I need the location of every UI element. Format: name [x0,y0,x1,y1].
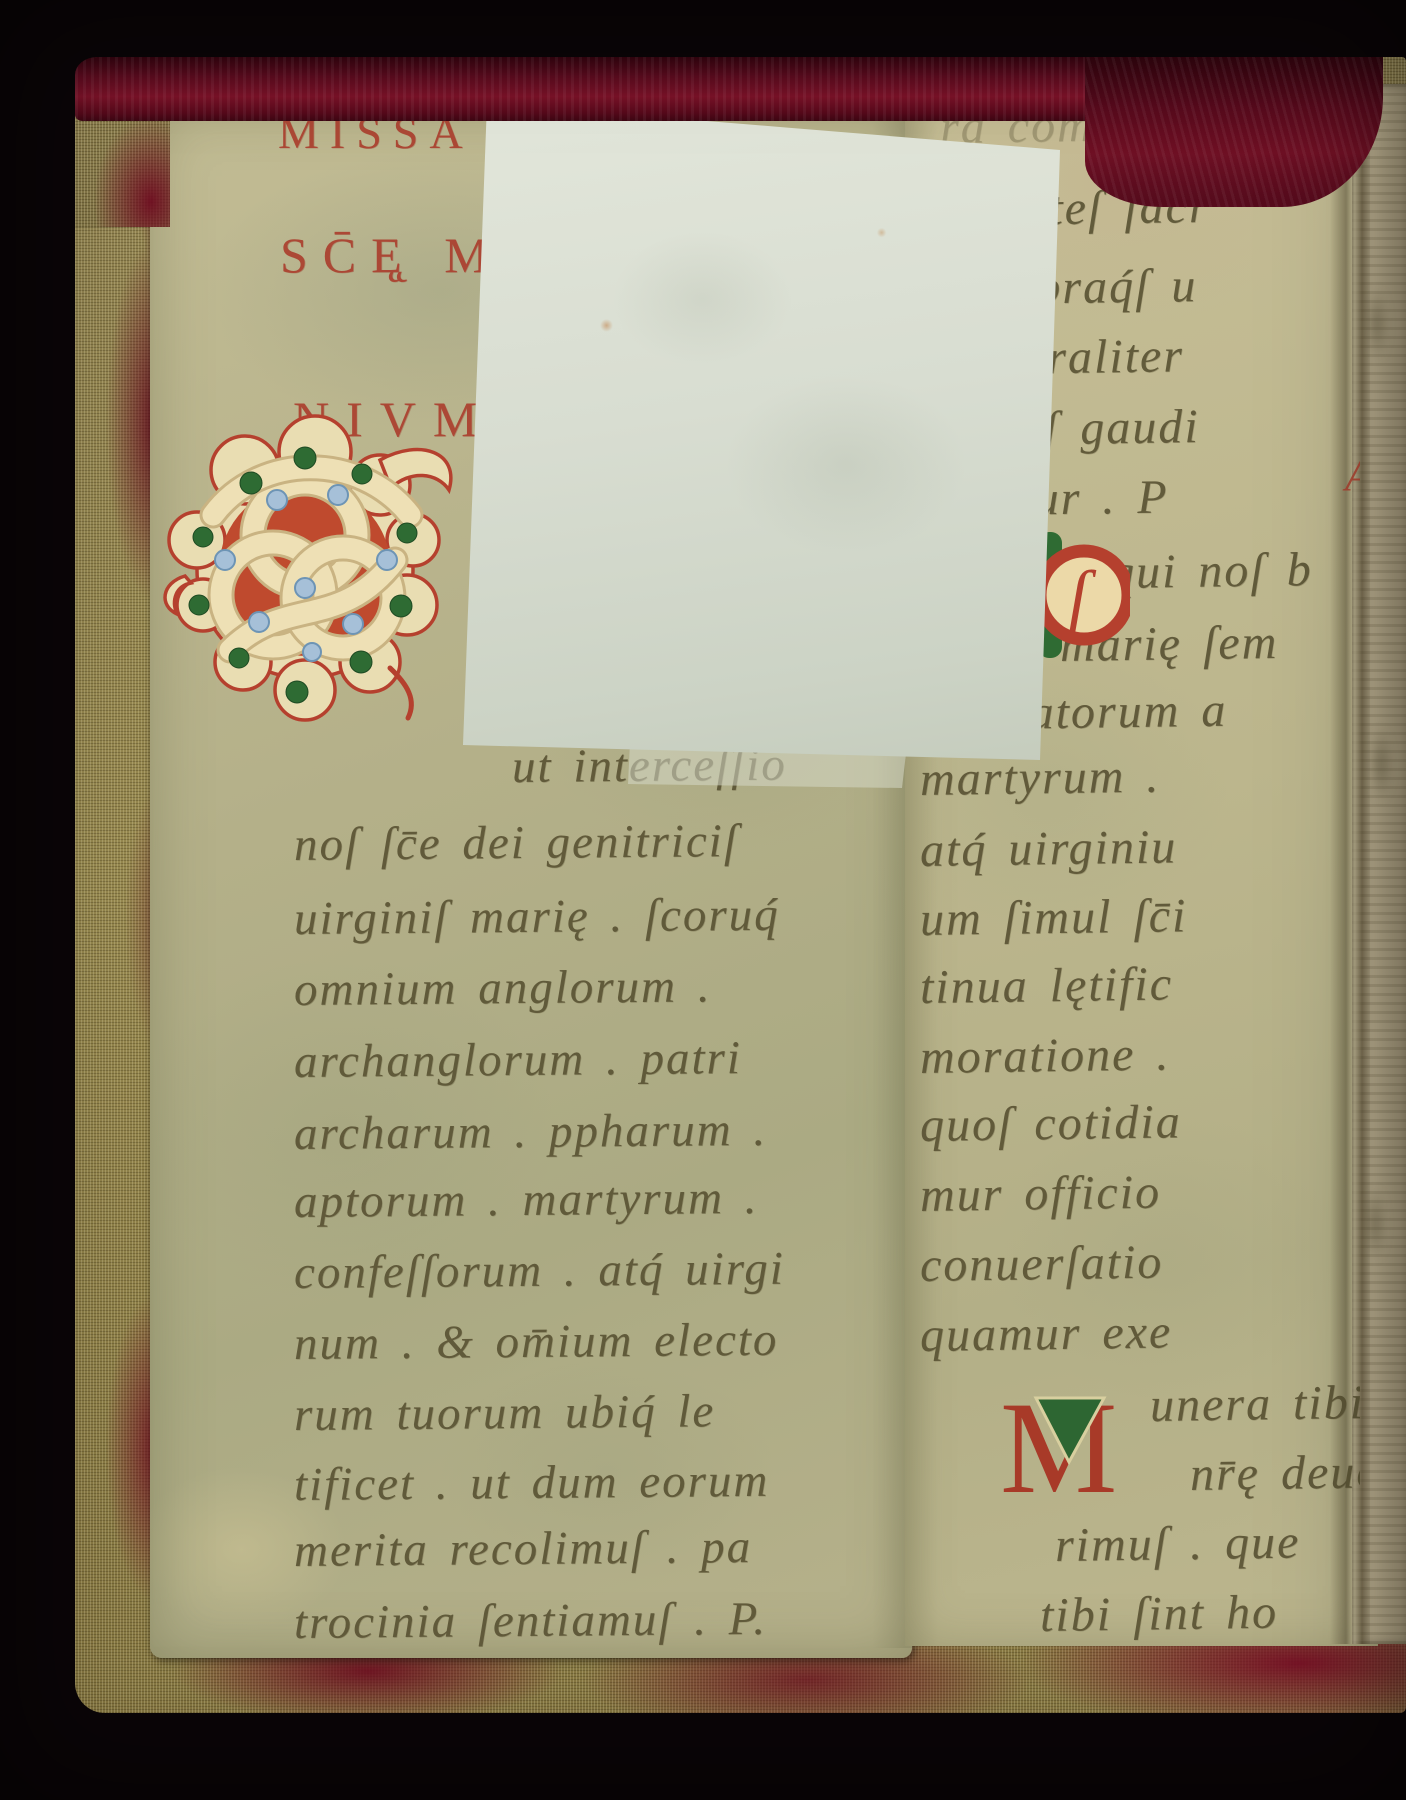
manuscript-text-line: moratione . [920,1027,1171,1085]
manuscript-text-line: rimuſ . que [1055,1515,1301,1573]
manuscript-text-line: rum tuorum ubiq́ le [294,1384,716,1442]
manuscript-text-line: tinua lętific [920,956,1174,1015]
manuscript-text-line: atq́ uirginiu [920,819,1178,878]
manuscript-text-line: trocinia ſentiamuſ . P. [294,1592,767,1650]
marginal-red-letter: A [1345,450,1360,501]
manuscript-text-line: um ſimul ſc̄i [920,888,1188,947]
manuscript-text-line: aptorum . martyrum . [294,1171,759,1229]
manuscript-text-line: confeſſorum . atq́ uirgi [294,1242,785,1300]
manuscript-text-line: num . & om̄ium electo [294,1313,779,1371]
manuscript-text-line: nr̄ę deuo [1190,1444,1360,1502]
manuscript-text-line: unera tibi [1150,1375,1360,1433]
manuscript-text-line: quamur exe [920,1304,1173,1363]
paper-slip-overlay [463,100,1061,763]
manuscript-text-line: archarum . ppharum . [294,1103,768,1161]
manuscript-text-line: quoſ cotidia [920,1094,1182,1153]
manuscript-photo: MISSA A SC̄Ę̨ MAI NIVM S ut interceſſion… [0,0,1406,1800]
manuscript-text-line: qui noſ b [1110,542,1313,600]
manuscript-text-line: merita recolimuſ . pa [294,1520,753,1578]
manuscript-text-line: tibi ſint ho [1040,1585,1279,1643]
manuscript-text-line: mur officio [920,1165,1162,1223]
manuscript-text-line: noſ ſc̄e dei genitriciſ [294,814,739,872]
manuscript-text-line: uirginiſ marię . ſcoruq́ [294,888,780,946]
manuscript-text-line: archanglorum . patri [294,1031,742,1089]
cover-velvet-top-right [1085,57,1383,207]
initial-m: M [996,1376,1152,1516]
knotwork-initial-illumination [155,400,470,730]
manuscript-text-line: tificet . ut dum eorum [294,1454,770,1512]
manuscript-text-line: omnium anglorum . [294,959,712,1017]
manuscript-text-line: conuerſatio [920,1235,1164,1293]
